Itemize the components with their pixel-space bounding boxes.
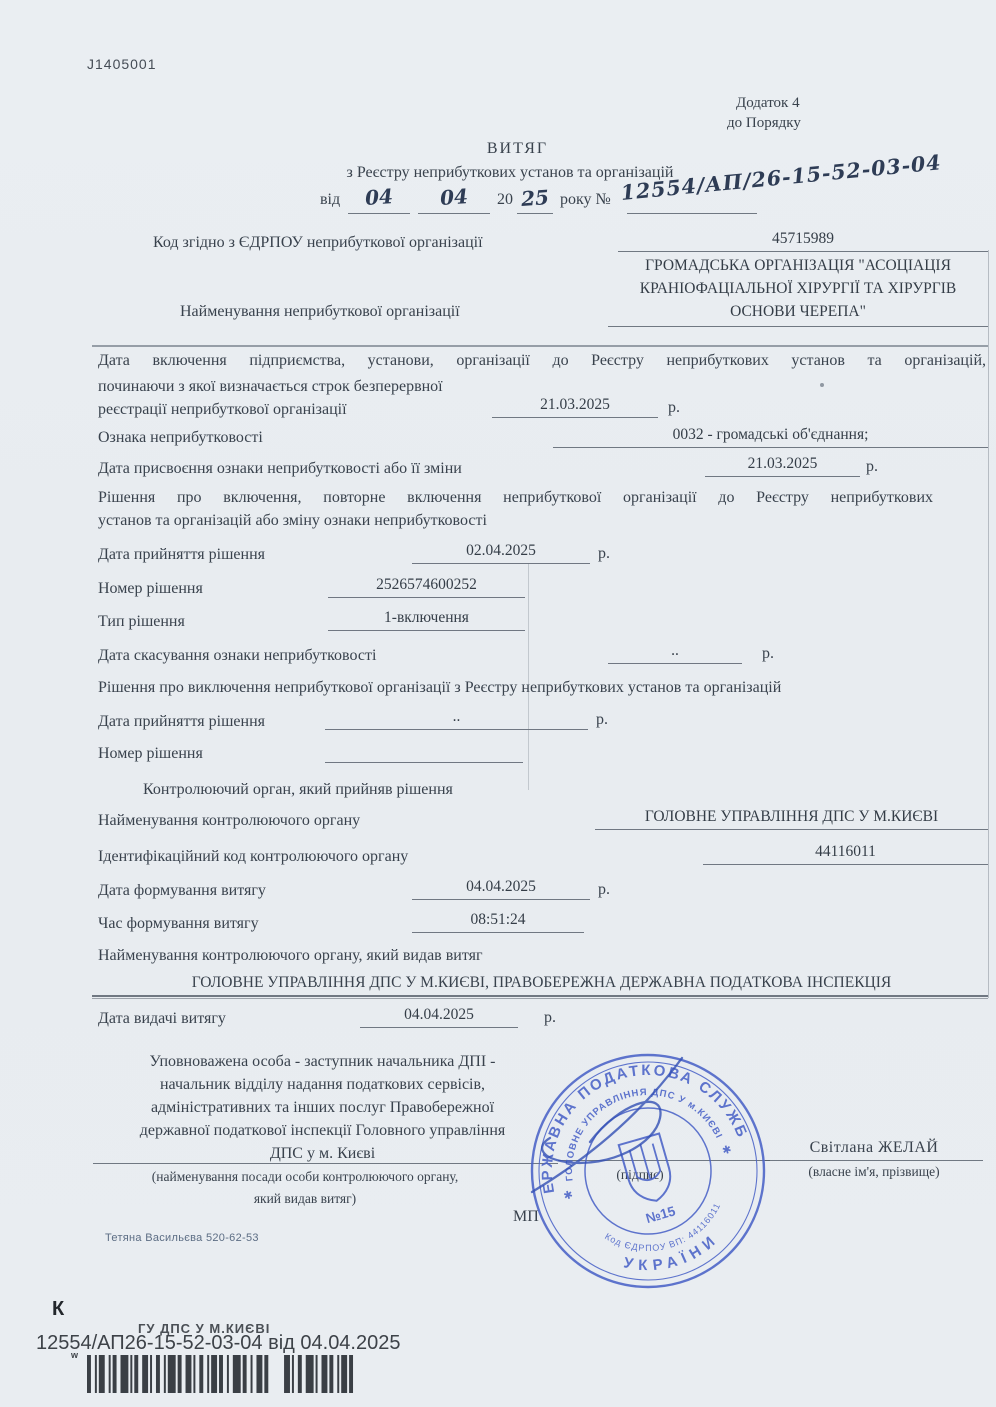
field-label-extract-formed-date: Дата формування витягу — [98, 882, 266, 900]
field-underline — [627, 213, 757, 214]
field-label-nonprofit-sign: Ознака неприбутковості — [98, 429, 263, 447]
position-caption-line2: який видав витяг) — [95, 1191, 515, 1207]
field-underline — [412, 563, 590, 564]
org-name-line3: ОСНОВИ ЧЕРЕПА" — [608, 303, 988, 321]
page-title: ВИТЯГ — [450, 140, 585, 158]
field-value-nonprofit-sign: 0032 - громадські об'єднання; — [553, 426, 988, 444]
annex-note-line2: до Порядку — [727, 115, 801, 132]
field-underline — [328, 597, 525, 598]
field-underline — [325, 729, 588, 730]
field-underline — [618, 251, 988, 252]
field-underline — [418, 213, 490, 214]
field-label-decision-number: Номер рішення — [98, 580, 203, 598]
footer-reference: 12554/АП26-15-52-03-04 від 04.04.2025 — [36, 1332, 400, 1355]
field-underline — [595, 829, 988, 830]
field-value-control-name: ГОЛОВНЕ УПРАВЛІННЯ ДПС У М.КИЄВІ — [595, 808, 988, 826]
field-underline — [517, 213, 553, 214]
signature-scribble — [470, 1040, 790, 1260]
field-label-org-name: Найменування неприбуткової організації — [180, 303, 460, 321]
section-divider — [92, 345, 988, 347]
suffix-r: р. — [598, 545, 610, 563]
field-underline — [608, 326, 988, 327]
field-value-inclusion-date: 21.03.2025 — [492, 396, 658, 414]
field-underline — [92, 995, 988, 997]
inclusion-label-line3: реєстрації неприбуткової організації — [98, 401, 347, 419]
official-name: Світлана ЖЕЛАЙ — [765, 1139, 983, 1157]
field-value-extract-formed-time: 08:51:24 — [412, 911, 584, 929]
position-caption-line1: (найменування посади особи контролюючого… — [95, 1169, 515, 1185]
field-underline — [608, 663, 742, 664]
field-underline — [412, 932, 584, 933]
field-underline — [348, 213, 410, 214]
field-underline — [328, 630, 525, 631]
handwritten-month: 04 — [417, 183, 490, 212]
field-label-control-code: Ідентифікаційний код контролюючого орган… — [98, 848, 408, 866]
footer-mark: К — [52, 1298, 64, 1321]
barcode — [87, 1355, 355, 1393]
date-middle: року № — [560, 191, 611, 209]
suffix-r: р. — [598, 881, 610, 899]
field-underline — [325, 762, 523, 763]
inclusion-label-line2: починаючи з якої визначається строк безп… — [98, 378, 443, 396]
field-label-excl-decision-date: Дата прийняття рішення — [98, 713, 265, 731]
org-name-line1: ГРОМАДСЬКА ОРГАНІЗАЦІЯ "АСОЦІАЦІЯ — [608, 257, 988, 275]
field-value-cancel-date: .. — [608, 642, 742, 660]
name-caption: (власне ім'я, прізвище) — [765, 1164, 983, 1180]
form-code: J1405001 — [87, 56, 157, 72]
contact-footnote: Тетяна Васильєва 520-62-53 — [105, 1232, 259, 1244]
field-value-control-code: 44116011 — [703, 843, 988, 861]
field-value-decision-type: 1-включення — [328, 609, 525, 627]
field-value-extract-formed-date: 04.04.2025 — [412, 878, 590, 896]
suffix-r: р. — [544, 1009, 556, 1027]
field-value-issuer: ГОЛОВНЕ УПРАВЛІННЯ ДПС У М.КИЄВІ, ПРАВОБ… — [95, 974, 988, 992]
suffix-r: р. — [596, 711, 608, 729]
field-underline — [553, 447, 988, 448]
field-underline — [360, 1027, 518, 1028]
field-label-extract-formed-time: Час формування витягу — [98, 915, 259, 933]
scan-artifact-line — [528, 563, 529, 790]
field-value-sign-date: 21.03.2025 — [705, 455, 860, 473]
date-prefix: від — [320, 191, 340, 209]
field-label-issuer: Найменування контролюючого органу, який … — [98, 947, 483, 965]
field-underline — [92, 998, 988, 999]
exclude-heading: Рішення про виключення неприбуткової орг… — [98, 679, 781, 697]
include-heading-line1: Рішення про включення, повторне включенн… — [98, 489, 933, 507]
field-value-decision-date: 02.04.2025 — [412, 542, 590, 560]
handwritten-ref-number: 12554/АП/26-15-52-03-04 — [620, 150, 943, 205]
org-name-line2: КРАНІОФАЦІАЛЬНОЇ ХІРУРГІЇ ТА ХІРУРГІВ — [608, 280, 988, 298]
annex-note-line1: Додаток 4 — [736, 95, 800, 112]
field-underline — [412, 899, 590, 900]
scan-speck — [820, 383, 824, 387]
field-label-cancel-date: Дата скасування ознаки неприбутковості — [98, 647, 376, 665]
scan-artifact-line — [988, 250, 989, 998]
field-label-decision-date: Дата прийняття рішення — [98, 546, 265, 564]
inclusion-label-line1: Дата включення підприємства, установи, о… — [98, 352, 986, 370]
field-value-edrpou: 45715989 — [618, 230, 988, 248]
signature-line-right — [765, 1160, 983, 1161]
handwritten-day: 04 — [347, 183, 411, 211]
handwritten-year: 25 — [514, 185, 556, 212]
field-label-control-name: Найменування контролюючого органу — [98, 812, 360, 830]
include-heading-line2: установ та організацій або зміну ознаки … — [98, 512, 487, 530]
field-value-decision-number: 2526574600252 — [328, 576, 525, 594]
document-page: J1405001 Додаток 4 до Порядку ВИТЯГ з Ре… — [0, 0, 996, 1407]
barcode-prefix: w — [71, 1350, 78, 1360]
field-label-issue-date: Дата видачі витягу — [98, 1010, 226, 1028]
suffix-r: р. — [668, 399, 680, 417]
field-underline — [492, 417, 658, 418]
field-label-decision-type: Тип рішення — [98, 613, 185, 631]
field-value-issue-date: 04.04.2025 — [360, 1006, 518, 1024]
field-underline — [705, 476, 860, 477]
field-underline — [703, 864, 988, 865]
suffix-r: р. — [762, 645, 774, 663]
field-label-excl-decision-number: Номер рішення — [98, 745, 203, 763]
field-label-edrpou: Код згідно з ЄДРПОУ неприбуткової органі… — [153, 234, 483, 252]
date-century: 20 — [497, 191, 513, 209]
field-label-sign-date: Дата присвоєння ознаки неприбутковості а… — [98, 460, 462, 478]
suffix-r: р. — [866, 458, 878, 476]
control-heading: Контролюючий орган, який прийняв рішення — [143, 781, 453, 799]
field-value-excl-decision-date: .. — [325, 708, 588, 726]
